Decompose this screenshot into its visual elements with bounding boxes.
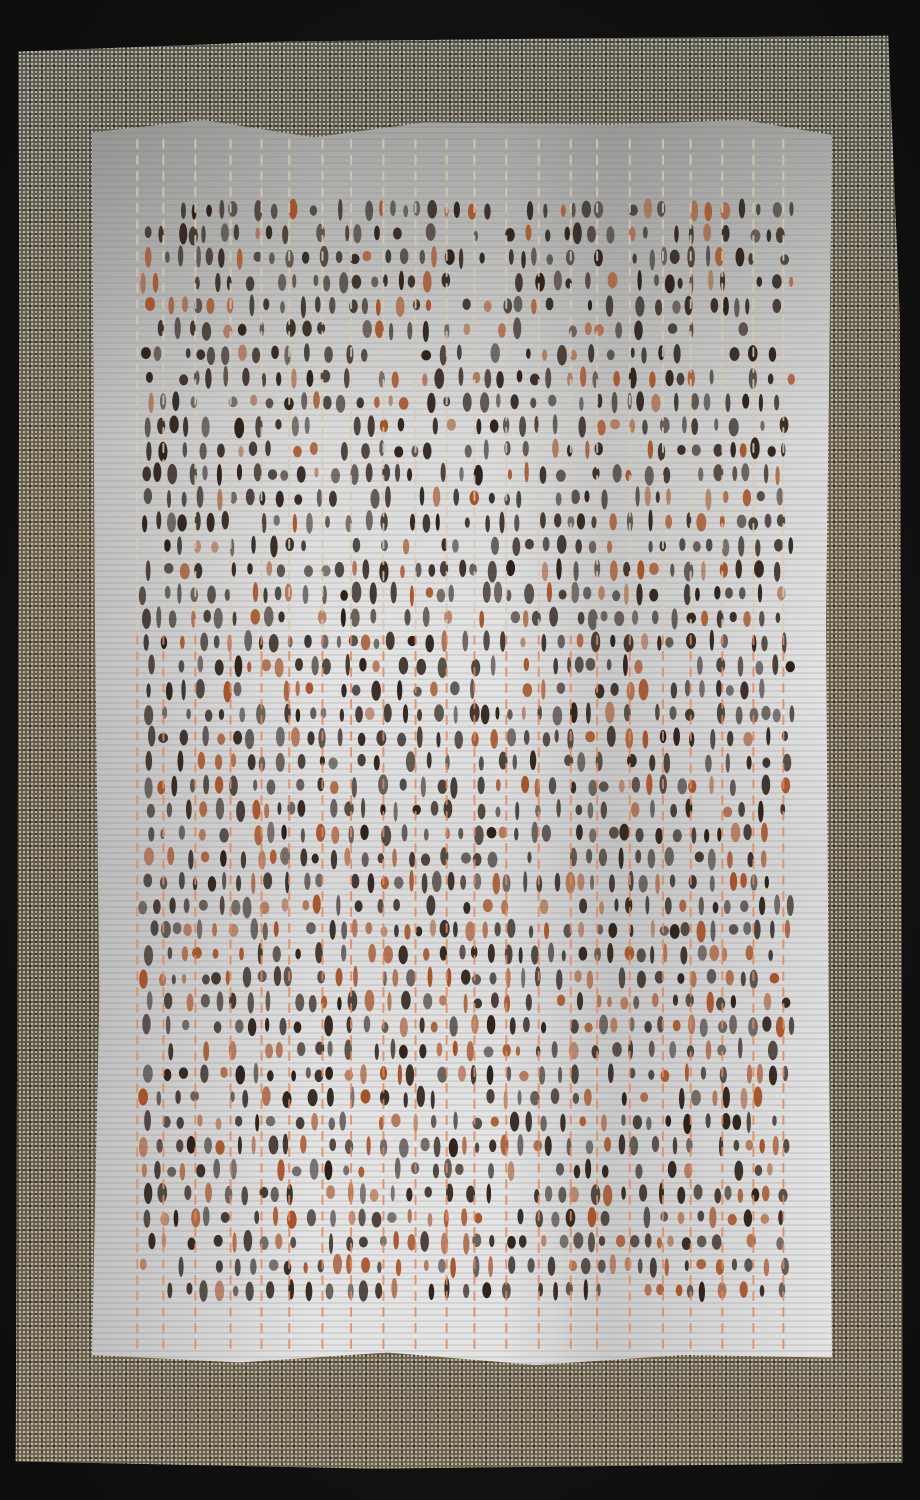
painted-white-field: [92, 120, 832, 1370]
stitched-mark-pattern: [92, 120, 832, 1370]
